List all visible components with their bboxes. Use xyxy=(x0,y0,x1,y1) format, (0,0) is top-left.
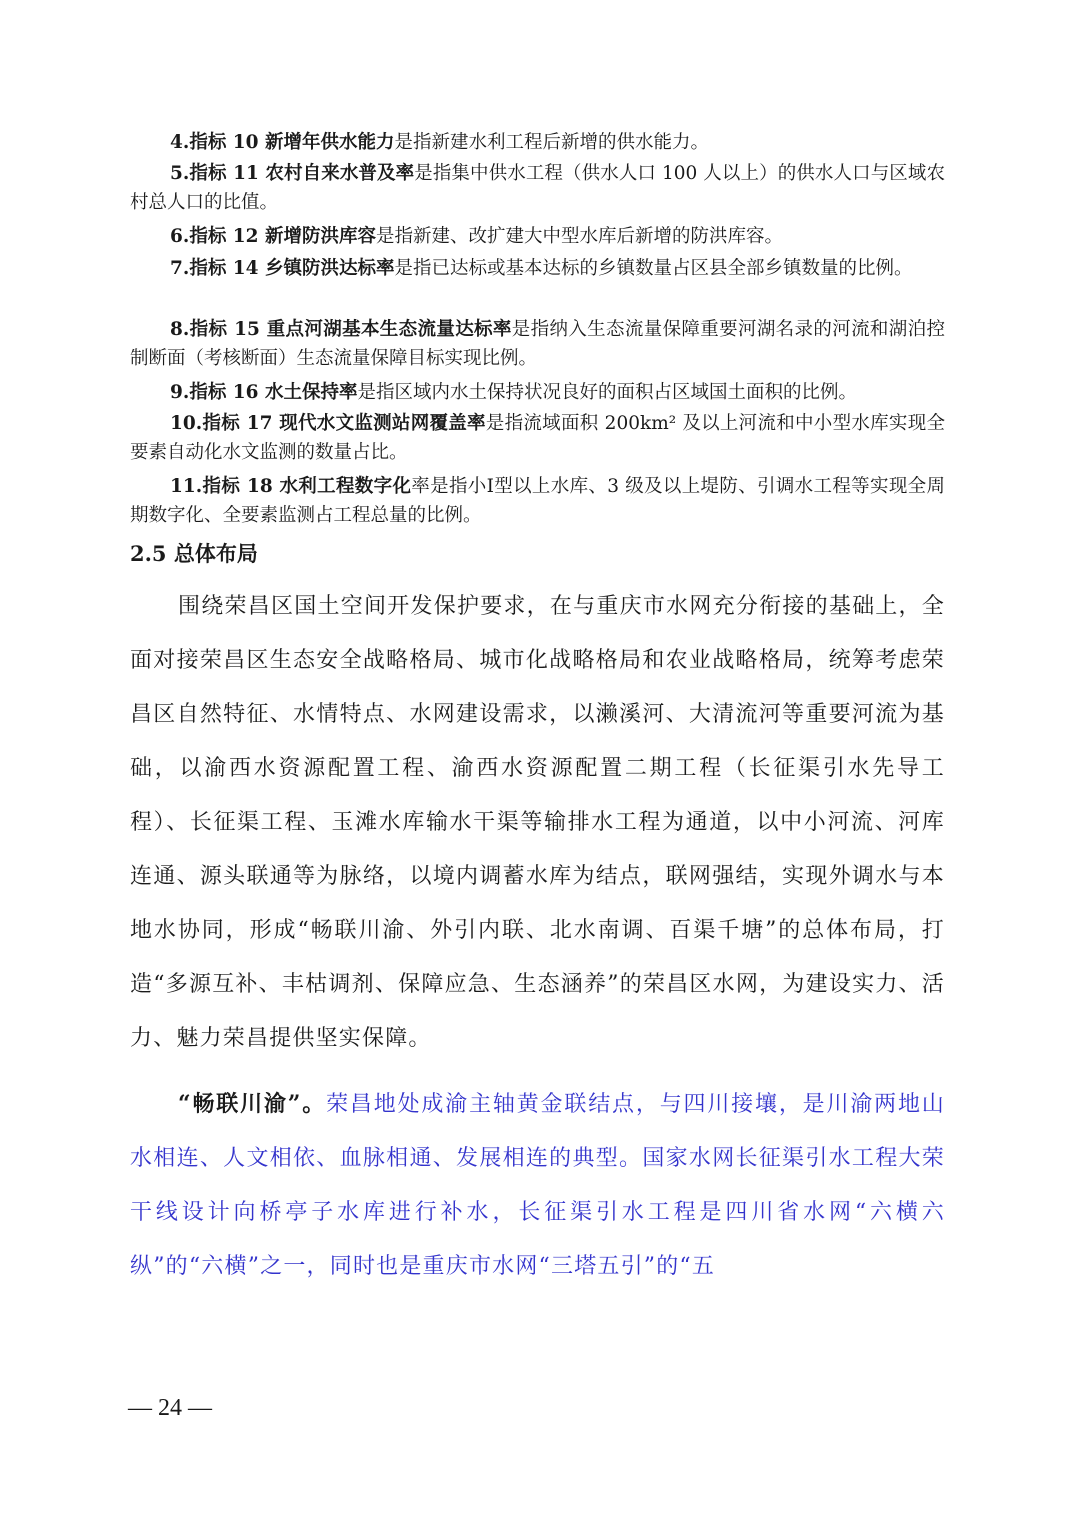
definition-term: 9.指标 16 水土保持率 xyxy=(170,382,357,403)
definition-text: 是指新建、改扩建大中型水库后新增的防洪库容。 xyxy=(376,226,783,247)
highlighted-text: 荣昌地处成渝主轴黄金联结点，与四川接壤，是川渝两地山水相连、人文相依、血脉相通、… xyxy=(130,1092,945,1279)
definition-item: 5.指标 11 农村自来水普及率是指集中供水工程（供水人口 100 人以上）的供… xyxy=(130,159,945,217)
subsection-paragraph: “畅联川渝”。荣昌地处成渝主轴黄金联结点，与四川接壤，是川渝两地山水相连、人文相… xyxy=(130,1077,945,1294)
definition-item: 11.指标 18 水利工程数字化率是指小I型以上水库、3 级及以上堤防、引调水工… xyxy=(130,472,945,530)
definition-term: 5.指标 11 农村自来水普及率 xyxy=(170,163,414,184)
definition-text: 是指已达标或基本达标的乡镇数量占区县全部乡镇数量的比例。 xyxy=(394,258,912,279)
definition-item: 6.指标 12 新增防洪库容是指新建、改扩建大中型水库后新增的防洪库容。 xyxy=(130,222,945,251)
page-number: — 24 — xyxy=(128,1395,212,1422)
definition-term: 6.指标 12 新增防洪库容 xyxy=(170,226,376,247)
definition-item: 7.指标 14 乡镇防洪达标率是指已达标或基本达标的乡镇数量占区县全部乡镇数量的… xyxy=(130,254,945,283)
body-paragraph: 围绕荣昌区国土空间开发保护要求，在与重庆市水网充分衔接的基础上，全面对接荣昌区生… xyxy=(130,580,945,1066)
definition-text: 是指新建水利工程后新增的供水能力。 xyxy=(394,132,709,153)
definition-item: 9.指标 16 水土保持率是指区域内水土保持状况良好的面积占区域国土面积的比例。 xyxy=(130,378,945,407)
paragraph-text: 围绕荣昌区国土空间开发保护要求，在与重庆市水网充分衔接的基础上，全面对接荣昌区生… xyxy=(130,594,945,1051)
definition-term: 7.指标 14 乡镇防洪达标率 xyxy=(170,258,394,279)
definition-term: 8.指标 15 重点河湖基本生态流量达标率 xyxy=(170,319,512,340)
definition-term: 10.指标 17 现代水文监测站网覆盖率 xyxy=(170,413,486,434)
definition-item: 4.指标 10 新增年供水能力是指新建水利工程后新增的供水能力。 xyxy=(130,128,945,157)
definition-term: 4.指标 10 新增年供水能力 xyxy=(170,132,394,153)
definition-text: 是指区域内水土保持状况良好的面积占区域国土面积的比例。 xyxy=(357,382,857,403)
definition-item: 10.指标 17 现代水文监测站网覆盖率是指流域面积 200km² 及以上河流和… xyxy=(130,409,945,467)
section-heading: 2.5 总体布局 xyxy=(130,538,258,568)
definition-term: 11.指标 18 水利工程数字化 xyxy=(170,476,411,497)
definition-item: 8.指标 15 重点河湖基本生态流量达标率是指纳入生态流量保障重要河湖名录的河流… xyxy=(130,315,945,373)
document-page: 4.指标 10 新增年供水能力是指新建水利工程后新增的供水能力。 5.指标 11… xyxy=(0,0,1074,1520)
subsection-title: “畅联川渝”。 xyxy=(178,1091,326,1117)
